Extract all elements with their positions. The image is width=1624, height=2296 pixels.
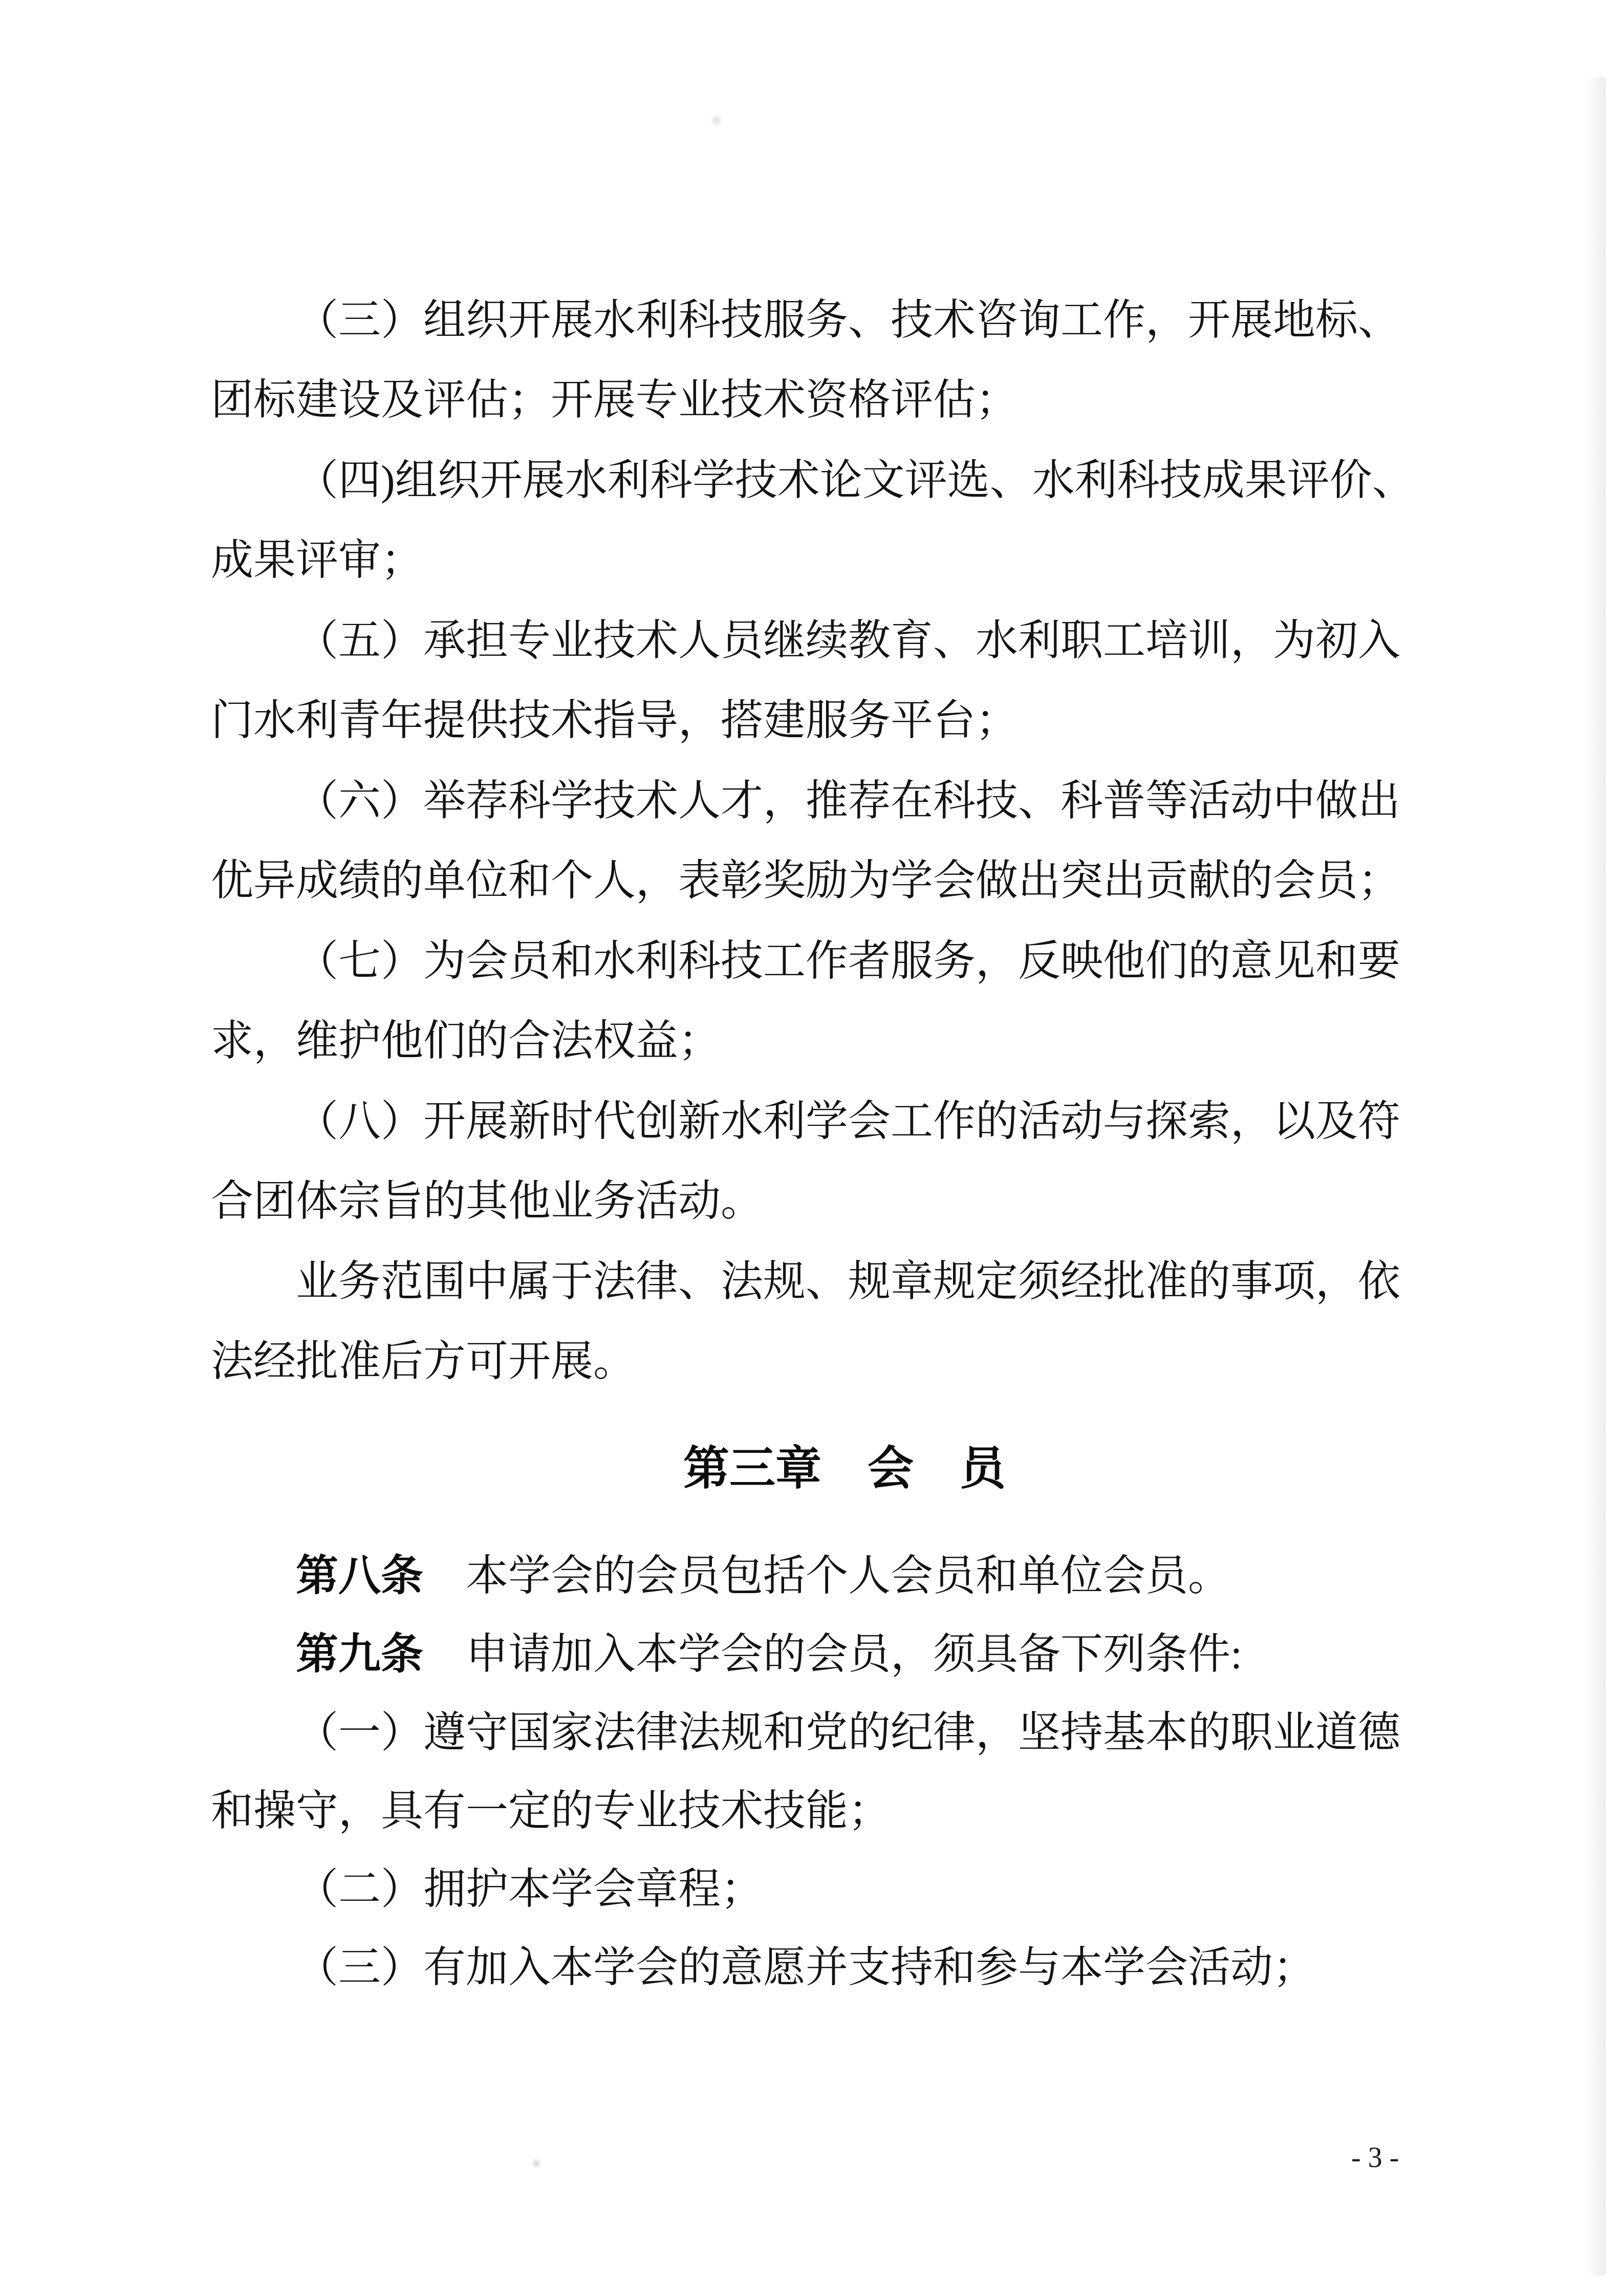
clause-6-line-2: 优异成绩的单位和个人，表彰奖励为学会做出突出贡献的会员； xyxy=(211,841,1449,920)
clause-3-line-1: （三）组织开展水利科技服务、技术咨询工作，开展地标、 xyxy=(211,280,1534,360)
condition-1-line-1: （一）遵守国家法律法规和党的纪律，坚持基本的职业道德 xyxy=(211,1692,1534,1772)
article-9-text: 申请加入本学会的会员，须具备下列条件: xyxy=(423,1630,1242,1678)
clause-4-line-1: （四)组织开展水利科学技术论文评选、水利科技成果评价、 xyxy=(211,440,1534,520)
article-8-line: 第八条 本学会的会员包括个人会员和单位会员。 xyxy=(211,1536,1534,1616)
scan-smudge-top xyxy=(712,116,721,125)
chapter-3-heading: 第三章 会 员 xyxy=(282,1429,1408,1509)
clause-5-line-2: 门水利青年提供技术指导，搭建服务平台； xyxy=(211,680,1449,760)
scan-edge-shadow xyxy=(1585,77,1606,2276)
page-number: - 3 - xyxy=(1351,2140,1505,2176)
clause-3-line-2: 团标建设及评估；开展专业技术资格评估； xyxy=(211,360,1449,440)
article-8-text: 本学会的会员包括个人会员和单位会员。 xyxy=(423,1552,1230,1599)
condition-3-line: （三）有加入本学会的意愿并支持和参与本学会活动； xyxy=(211,1927,1534,2007)
condition-1-line-2: 和操守，具有一定的专业技术技能； xyxy=(211,1771,1449,1851)
business-scope-line-2: 法经批准后方可开展。 xyxy=(211,1321,1449,1401)
clause-7-line-1: （七）为会员和水利科技工作者服务，反映他们的意见和要 xyxy=(211,921,1534,1001)
clause-5-line-1: （五）承担专业技术人员继续教育、水利职工培训，为初入 xyxy=(211,600,1534,680)
clause-7-line-2: 求，维护他们的合法权益； xyxy=(211,1001,1449,1081)
condition-2-line: （二）拥护本学会章程； xyxy=(211,1849,1534,1929)
business-scope-line-1: 业务范围中属于法律、法规、规章规定须经批准的事项，依 xyxy=(211,1241,1534,1321)
clause-8-line-1: （八）开展新时代创新水利学会工作的活动与探索，以及符 xyxy=(211,1081,1534,1161)
scanned-document-page: （三）组织开展水利科技服务、技术咨询工作，开展地标、 团标建设及评估；开展专业技… xyxy=(0,0,1624,2296)
clause-4-line-2: 成果评审； xyxy=(211,520,1449,600)
article-8-term: 第八条 xyxy=(296,1552,423,1599)
clause-8-line-2: 合团体宗旨的其他业务活动。 xyxy=(211,1161,1449,1241)
article-9-line: 第九条 申请加入本学会的会员，须具备下列条件: xyxy=(211,1614,1534,1694)
article-9-term: 第九条 xyxy=(296,1630,423,1678)
clause-6-line-1: （六）举荐科学技术人才，推荐在科技、科普等活动中做出 xyxy=(211,761,1534,841)
scan-smudge-bottom xyxy=(533,2160,539,2166)
